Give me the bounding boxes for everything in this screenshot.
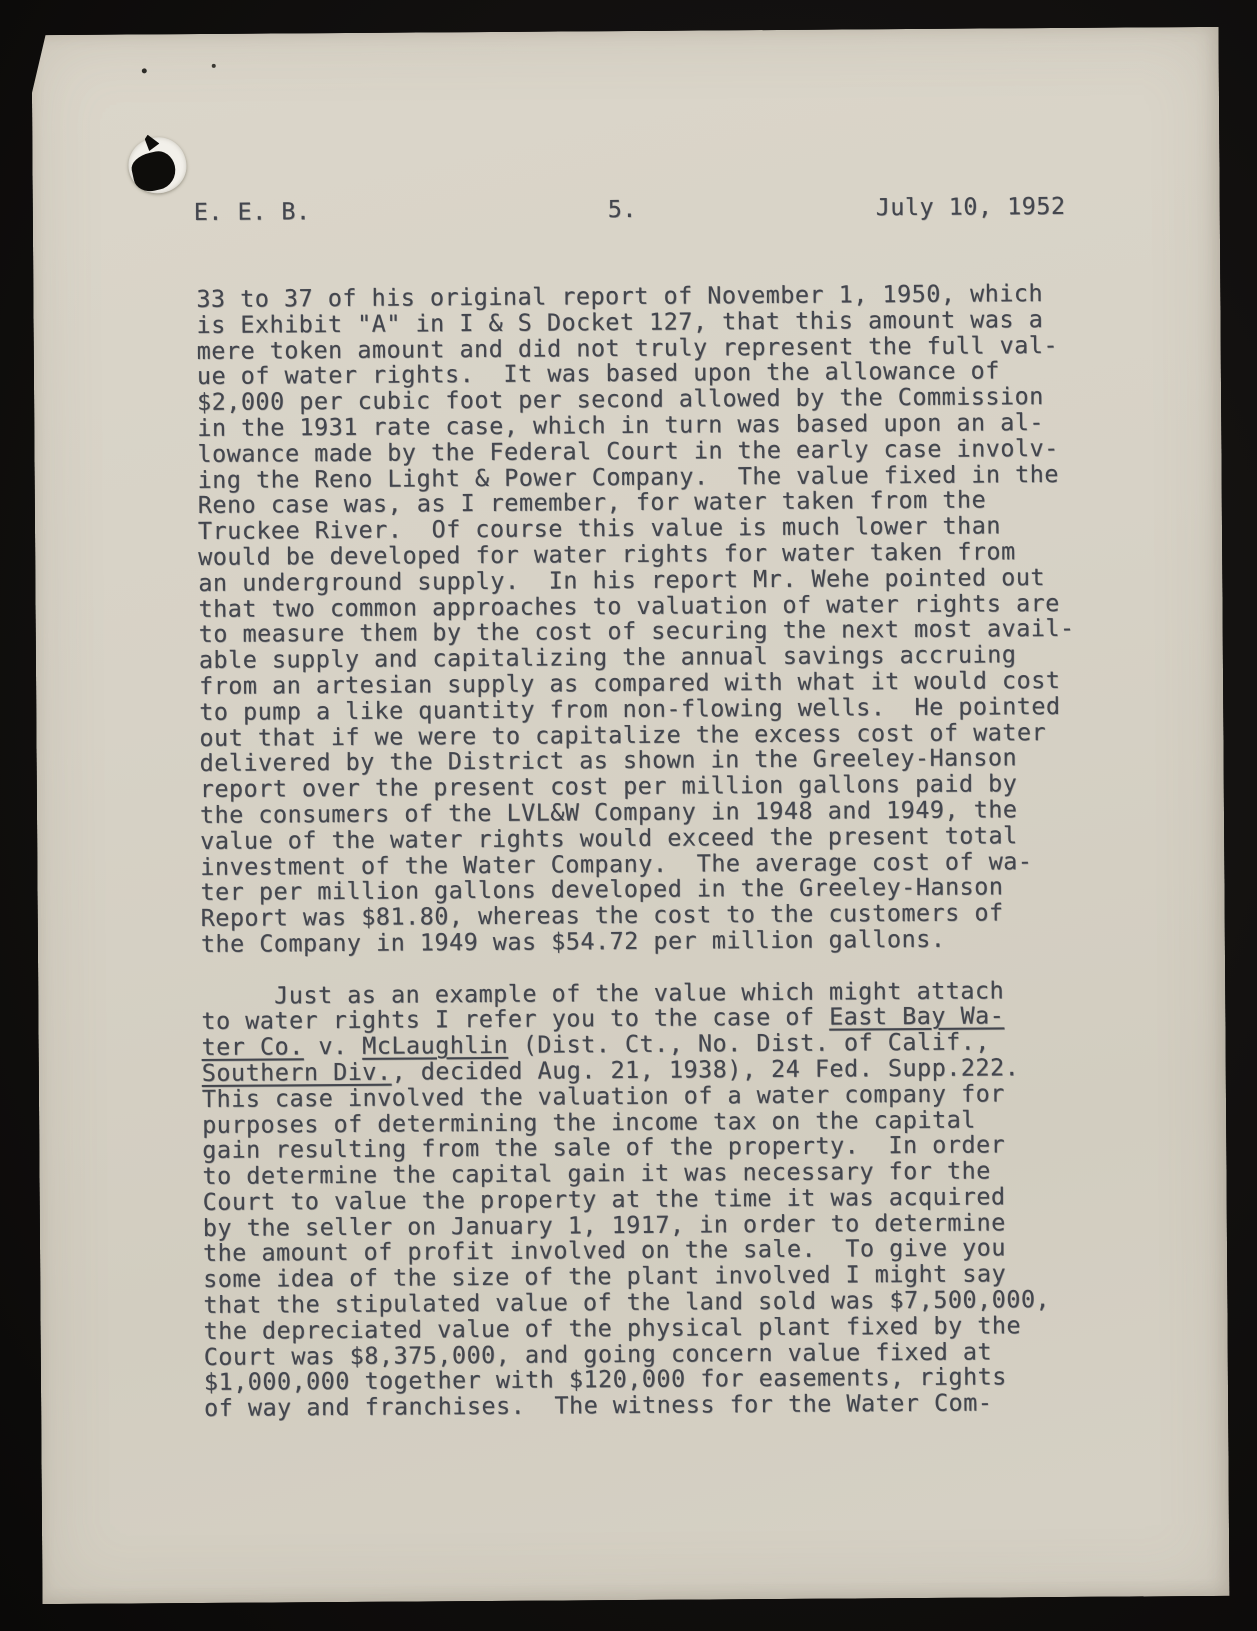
paragraph: 33 to 37 of his original report of Novem… <box>196 281 1077 958</box>
paper-speck <box>142 68 147 73</box>
scan-background: E. E. B. 5. July 10, 1952 33 to 37 of hi… <box>0 0 1257 1631</box>
case-citation-underlined: East Bay Wa- <box>829 1002 1004 1031</box>
paper-page: E. E. B. 5. July 10, 1952 33 to 37 of hi… <box>32 27 1230 1604</box>
punch-hole <box>128 137 186 193</box>
paper-speck <box>212 64 216 68</box>
header-initials: E. E. B. <box>194 199 311 226</box>
text-line: of way and franchises. The witness for t… <box>204 1390 1080 1422</box>
case-citation-underlined: Southern Div. <box>202 1058 392 1087</box>
text-segment: v. <box>304 1032 363 1060</box>
header-date: July 10, 1952 <box>876 194 1066 221</box>
page-header: E. E. B. 5. July 10, 1952 <box>32 27 1219 35</box>
header-page-number: 5. <box>608 197 637 223</box>
case-citation-underlined: ter Co. <box>202 1032 304 1061</box>
document-body: 33 to 37 of his original report of Novem… <box>196 281 1080 1422</box>
text-segment: the Company in 1949 was $54.72 per milli… <box>201 925 946 958</box>
case-citation-underlined: McLaughlin <box>362 1031 508 1060</box>
paragraph: Just as an example of the value which mi… <box>201 977 1080 1422</box>
text-segment: of way and franchises. The witness for t… <box>204 1389 992 1423</box>
text-line: the Company in 1949 was $54.72 per milli… <box>201 926 1077 958</box>
